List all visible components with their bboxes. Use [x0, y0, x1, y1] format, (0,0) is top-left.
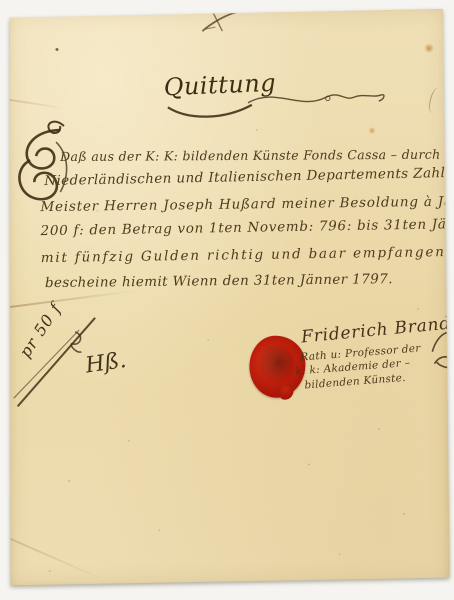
body-line-3: Meister Herren Joseph Hußard meiner Beso… [40, 193, 454, 215]
signature-paraph [428, 322, 454, 370]
body-line-1: Daß aus der K: K: bildenden Künste Fonds… [60, 146, 454, 164]
paper-speckles [5, 10, 7, 12]
body-line-4: 200 f: den Betrag von 1ten Novemb: 796: … [40, 215, 454, 239]
scanned-receipt-image: Quittung Daß aus der K: K: bildenden Kün… [0, 0, 454, 600]
title-underline-swash [162, 101, 258, 122]
body-line-2: Niederländischen und Italienischen Depar… [44, 165, 454, 189]
wax-seal-impression [258, 345, 294, 385]
fox-stain-top-right [423, 44, 434, 53]
top-ink-cross-mark [199, 9, 241, 35]
ink-speck-top-left [55, 48, 58, 51]
monogram: Hß. [84, 348, 128, 379]
wax-seal-drip [279, 384, 294, 400]
paper-sheet: Quittung Daß aus der K: K: bildenden Kün… [5, 8, 450, 586]
title-flourish [248, 86, 388, 113]
body-line-5: mit fünfzig Gulden richtig und baar empf… [41, 244, 446, 266]
faint-pen-arc [427, 87, 444, 115]
paper-shadow-wrap: Quittung Daß aus der K: K: bildenden Kün… [7, 9, 448, 584]
fox-stain-mid-right [368, 127, 376, 134]
fold-crease-top-left [6, 98, 66, 109]
body-line-6: bescheine hiemit Wienn den 31ten Jänner … [45, 271, 393, 291]
fold-crease-bottom-left [2, 534, 104, 580]
